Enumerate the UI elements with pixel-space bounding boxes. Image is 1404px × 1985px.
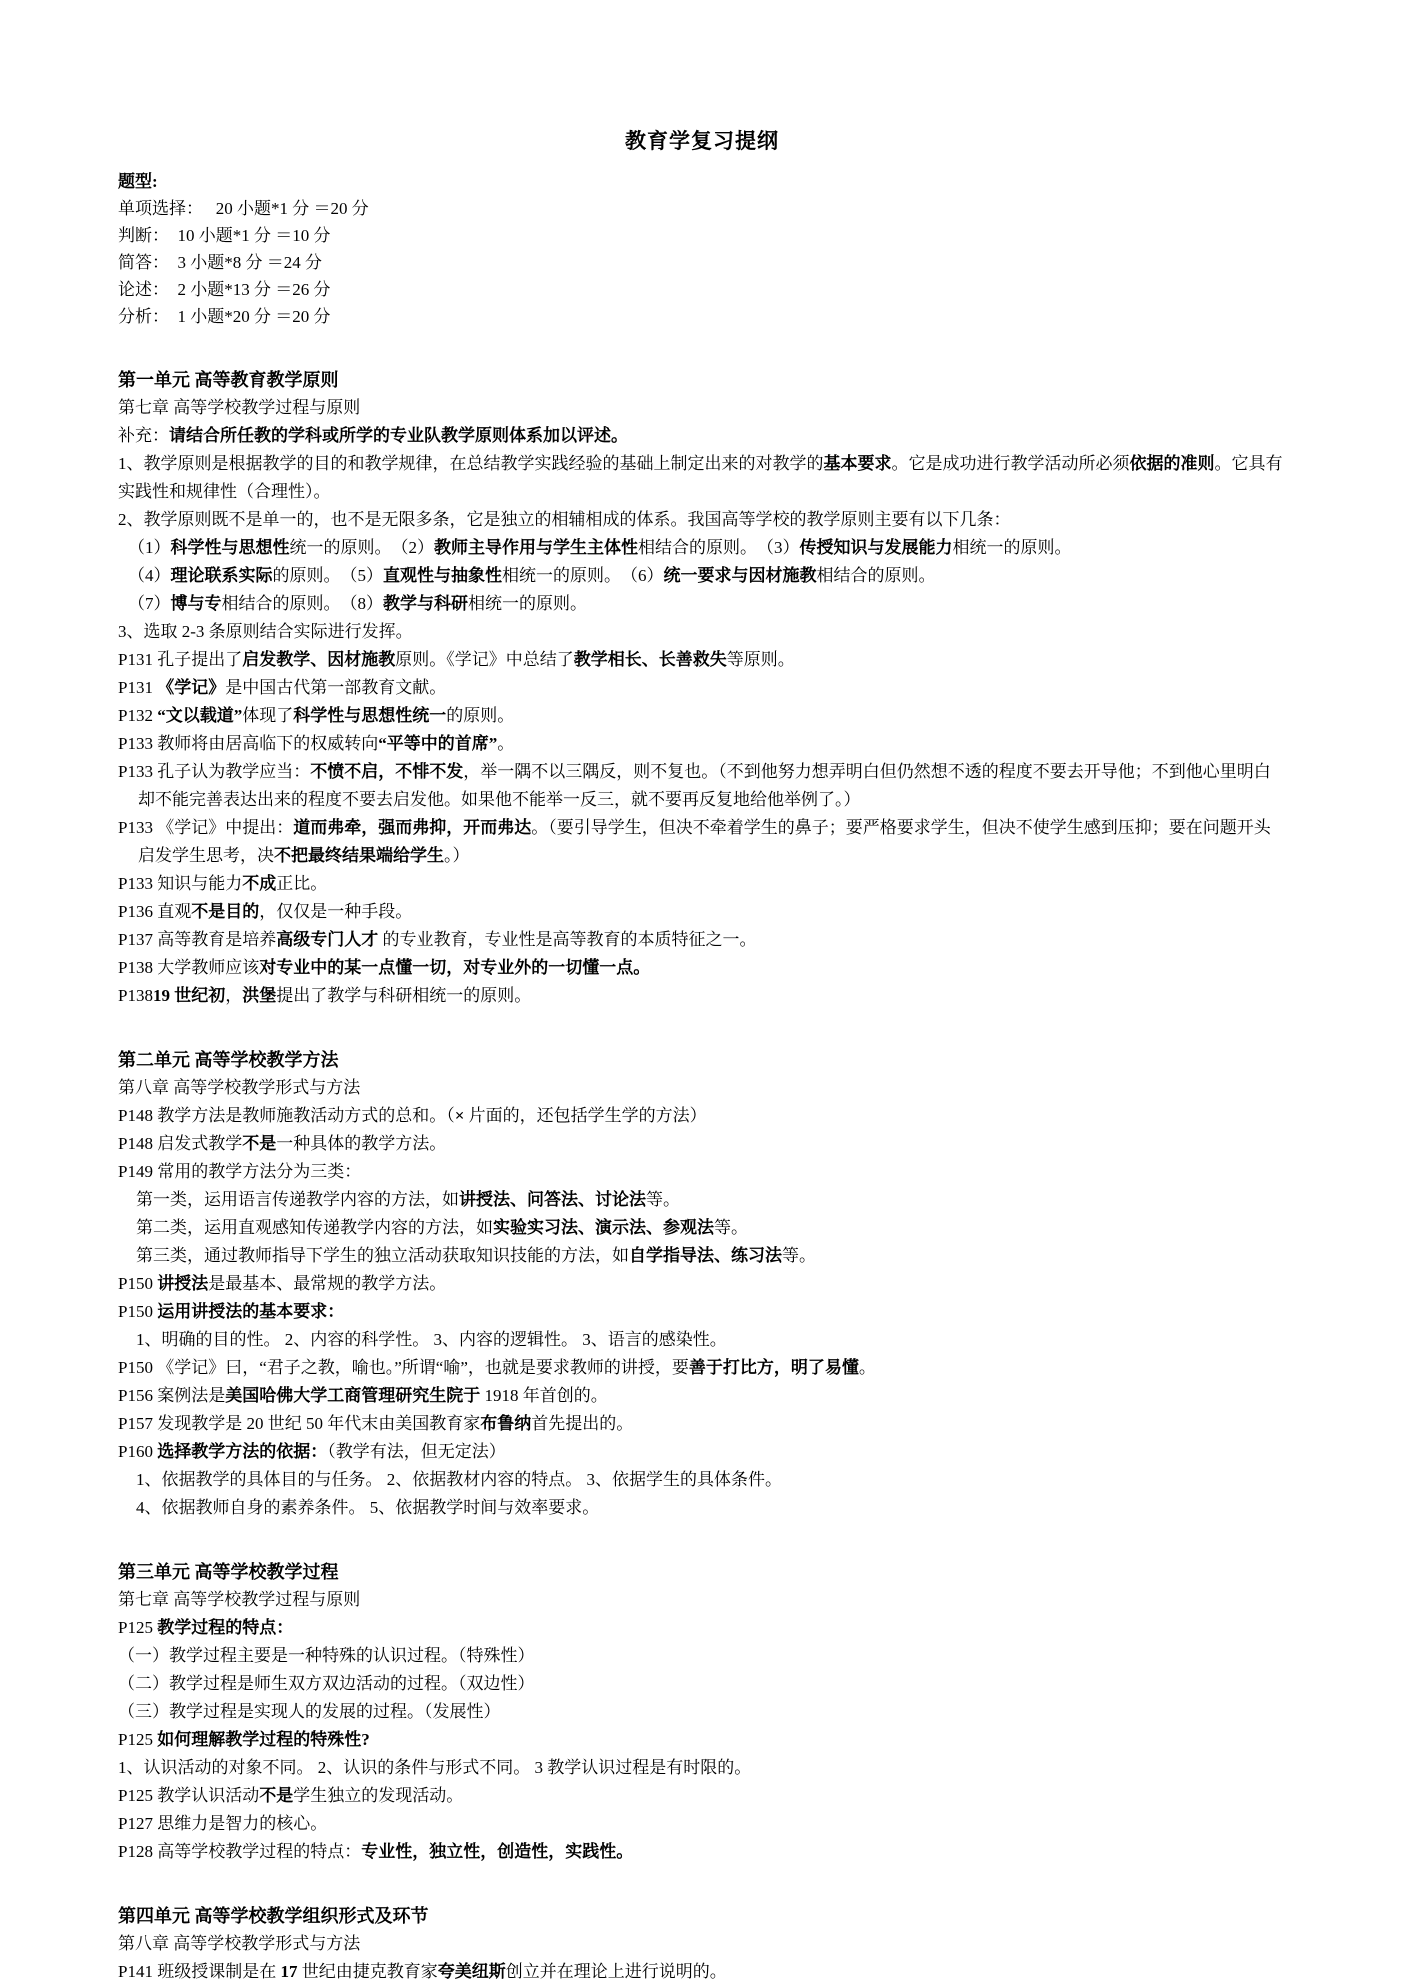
text-run: P127 思维力是智力的核心。 (118, 1814, 327, 1833)
emphasis-text: 洪堡 (242, 986, 276, 1005)
emphasis-text: 依据的准则 (1130, 454, 1215, 473)
exam-overview-items: 单项选择： 20 小题*1 分 ＝20 分判断： 10 小题*1 分 ＝10 分… (118, 195, 1286, 330)
text-run: 1、依据教学的具体目的与任务。 2、依据教材内容的特点。 3、依据学生的具体条件… (136, 1470, 782, 1489)
text-run: 片面的，还包括学生学的方法） (464, 1106, 706, 1125)
text-run: P125 (118, 1730, 157, 1749)
text-run: P136 直观 (118, 902, 191, 921)
text-run: P148 启发式教学 (118, 1134, 242, 1153)
emphasis-text: 如何理解教学过程的特殊性? (157, 1730, 370, 1749)
text-run: 等原则。 (727, 650, 795, 669)
text-run: 1、教学原则是根据教学的目的和教学规律，在总结教学实践经验的基础上制定出来的对教… (118, 454, 824, 473)
outline-line: P160 选择教学方法的依据：（教学有法，但无定法） (118, 1438, 1286, 1466)
text-run: P150 (118, 1302, 157, 1321)
outline-line: 第三类，通过教师指导下学生的独立活动获取知识技能的方法，如自学指导法、练习法等。 (118, 1242, 1286, 1270)
section-heading: 第四单元 高等学校教学组织形式及环节 (118, 1902, 1286, 1930)
text-run: P149 常用的教学方法分为三类： (118, 1162, 361, 1181)
emphasis-text: 教学相长、长善救失 (574, 650, 727, 669)
text-run: （教学有法，但无定法） (327, 1442, 506, 1461)
text-run: （1） (128, 538, 171, 557)
text-run: 首先提出的。 (531, 1414, 633, 1433)
document-content: 教育学复习提纲 题型: 单项选择： 20 小题*1 分 ＝20 分判断： 10 … (118, 128, 1286, 1985)
text-run: P131 孔子提出了 (118, 650, 242, 669)
outline-line: 第二类，运用直观感知传递教学内容的方法，如实验实习法、演示法、参观法等。 (118, 1214, 1286, 1242)
chapter-line: 第七章 高等学校教学过程与原则 (118, 1586, 1286, 1614)
text-run: P150 《学记》曰，“君子之教，喻也。”所谓“喻”，也就是要求教师的讲授，要 (118, 1358, 689, 1377)
outline-line: 1、教学原则是根据教学的目的和教学规律，在总结教学实践经验的基础上制定出来的对教… (118, 450, 1286, 506)
outline-line: 3、选取 2-3 条原则结合实际进行发挥。 (118, 618, 1286, 646)
chapter-line: 第七章 高等学校教学过程与原则 (118, 394, 1286, 422)
emphasis-text: 不是目的 (191, 902, 259, 921)
exam-type-item: 简答： 3 小题*8 分 ＝24 分 (118, 249, 1286, 276)
emphasis-text: 夸美纽斯 (438, 1962, 506, 1981)
document-title: 教育学复习提纲 (118, 128, 1286, 154)
text-run: ，仅仅是一种手段。 (259, 902, 412, 921)
outline-section: 第四单元 高等学校教学组织形式及环节第八章 高等学校教学形式与方法P141 班级… (118, 1902, 1286, 1985)
chapter-line: 第八章 高等学校教学形式与方法 (118, 1074, 1286, 1102)
text-run: 1、明确的目的性。 2、内容的科学性。 3、内容的逻辑性。 3、语言的感染性。 (136, 1330, 727, 1349)
emphasis-text: 不把最终结果端给学生 (274, 846, 444, 865)
text-run: 体现了 (242, 706, 293, 725)
text-run: 。 (859, 1358, 876, 1377)
emphasis-text: 19 世纪初 (153, 986, 225, 1005)
text-run: P133 《学记》中提出： (118, 818, 293, 837)
outline-line: （一）教学过程主要是一种特殊的认识过程。（特殊性） (118, 1642, 1286, 1670)
emphasis-text: 不是 (259, 1786, 293, 1805)
emphasis-text: 自学指导法、练习法 (629, 1246, 782, 1265)
emphasis-text: × (455, 1106, 465, 1125)
text-run: 原则。《学记》中总结了 (395, 650, 574, 669)
text-run: 4、依据教师自身的素养条件。 5、依据教学时间与效率要求。 (136, 1498, 599, 1517)
outline-line: P133 孔子认为教学应当：不愤不启，不悱不发，举一隅不以三隅反，则不复也。（不… (118, 758, 1286, 814)
text-run: 相结合的原则。 （3） (638, 538, 800, 557)
text-run: 相结合的原则。 （8） (222, 594, 384, 613)
text-run: 创立并在理论上进行说明的。 (506, 1962, 727, 1981)
outline-line: （4）理论联系实际的原则。 （5）直观性与抽象性相统一的原则。 （6）统一要求与… (118, 562, 1286, 590)
text-run: 正比。 (276, 874, 327, 893)
text-run: （4） (128, 566, 171, 585)
text-run: 3、选取 2-3 条原则结合实际进行发挥。 (118, 622, 413, 641)
outline-line: P141 班级授课制是在 17 世纪由捷克教育家夸美纽斯创立并在理论上进行说明的… (118, 1958, 1286, 1985)
outline-line: P133 知识与能力不成正比。 (118, 870, 1286, 898)
text-run: P138 (118, 986, 153, 1005)
outline-line: 第一类，运用语言传递教学内容的方法，如讲授法、问答法、讨论法等。 (118, 1186, 1286, 1214)
emphasis-text: 不是 (242, 1134, 276, 1153)
emphasis-text: 直观性与抽象性 (383, 566, 502, 585)
outline-line: 1、明确的目的性。 2、内容的科学性。 3、内容的逻辑性。 3、语言的感染性。 (118, 1326, 1286, 1354)
text-run: P133 教师将由居高临下的权威转向 (118, 734, 378, 753)
text-run: 的原则。 （5） (273, 566, 384, 585)
text-run: 等。 (782, 1246, 816, 1265)
outline-section: 第三单元 高等学校教学过程第七章 高等学校教学过程与原则P125 教学过程的特点… (118, 1558, 1286, 1866)
outline-line: P156 案例法是美国哈佛大学工商管理研究生院于 1918 年首创的。 (118, 1382, 1286, 1410)
text-run: 。） (444, 846, 470, 865)
emphasis-text: 美国哈佛大学工商管理研究生院于 (225, 1386, 480, 1405)
outline-line: 1、依据教学的具体目的与任务。 2、依据教材内容的特点。 3、依据学生的具体条件… (118, 1466, 1286, 1494)
text-run: P156 案例法是 (118, 1386, 225, 1405)
emphasis-text: 科学性与思想性统一 (293, 706, 446, 725)
exam-type-item: 单项选择： 20 小题*1 分 ＝20 分 (118, 195, 1286, 222)
text-run: 相统一的原则。 （6） (502, 566, 664, 585)
text-run: P141 班级授课制是在 (118, 1962, 280, 1981)
exam-type-item: 分析： 1 小题*20 分 ＝20 分 (118, 303, 1286, 330)
emphasis-text: “平等中的首席” (378, 734, 497, 753)
outline-line: P148 启发式教学不是一种具体的教学方法。 (118, 1130, 1286, 1158)
outline-line: （三）教学过程是实现人的发展的过程。（发展性） (118, 1698, 1286, 1726)
outline-line: （7）博与专相结合的原则。 （8）教学与科研相统一的原则。 (118, 590, 1286, 618)
emphasis-text: “文以载道” (157, 706, 242, 725)
emphasis-text: 高级专门人才 (276, 930, 378, 949)
emphasis-text: 统一要求与因材施教 (664, 566, 817, 585)
text-run: 是最基本、最常规的教学方法。 (208, 1274, 446, 1293)
outline-line: P131 孔子提出了启发教学、因材施教原则。《学记》中总结了教学相长、长善救失等… (118, 646, 1286, 674)
outline-section: 第一单元 高等教育教学原则第七章 高等学校教学过程与原则补充：请结合所任教的学科… (118, 366, 1286, 1010)
outline-line: P13819 世纪初，洪堡提出了教学与科研相统一的原则。 (118, 982, 1286, 1010)
outline-sections: 第一单元 高等教育教学原则第七章 高等学校教学过程与原则补充：请结合所任教的学科… (118, 366, 1286, 1985)
text-run: P131 (118, 678, 157, 697)
text-run: 一种具体的教学方法。 (276, 1134, 446, 1153)
emphasis-text: 传授知识与发展能力 (800, 538, 953, 557)
outline-line: P125 如何理解教学过程的特殊性? (118, 1726, 1286, 1754)
outline-line: P125 教学认识活动不是学生独立的发现活动。 (118, 1782, 1286, 1810)
text-run: P132 (118, 706, 157, 725)
outline-line: 补充：请结合所任教的学科或所学的专业队教学原则体系加以评述。 (118, 422, 1286, 450)
text-run: 相统一的原则。 (953, 538, 1072, 557)
outline-line: P138 大学教师应该对专业中的某一点懂一切，对专业外的一切懂一点。 (118, 954, 1286, 982)
text-run: 世纪由捷克教育家 (297, 1962, 437, 1981)
outline-line: 2、教学原则既不是单一的，也不是无限多条，它是独立的相辅相成的体系。我国高等学校… (118, 506, 1286, 534)
emphasis-text: 对专业中的某一点懂一切，对专业外的一切懂一点。 (259, 958, 650, 977)
text-run: 。 (497, 734, 514, 753)
section-heading: 第一单元 高等教育教学原则 (118, 366, 1286, 394)
emphasis-text: 不成 (242, 874, 276, 893)
emphasis-text: 理论联系实际 (171, 566, 273, 585)
outline-line: P133 《学记》中提出：道而弗牵，强而弗抑，开而弗达。（要引导学生，但决不牵着… (118, 814, 1286, 870)
text-run: P150 (118, 1274, 157, 1293)
outline-line: P128 高等学校教学过程的特点：专业性，独立性，创造性，实践性。 (118, 1838, 1286, 1866)
emphasis-text: 17 (280, 1962, 297, 1981)
text-run: 第二类，运用直观感知传递教学内容的方法，如 (136, 1218, 493, 1237)
outline-line: 4、依据教师自身的素养条件。 5、依据教学时间与效率要求。 (118, 1494, 1286, 1522)
text-run: P160 (118, 1442, 157, 1461)
text-run: 等。 (714, 1218, 748, 1237)
document-page: 教育学复习提纲 题型: 单项选择： 20 小题*1 分 ＝20 分判断： 10 … (0, 0, 1404, 1985)
exam-type-item: 论述： 2 小题*13 分 ＝26 分 (118, 276, 1286, 303)
emphasis-text: 布鲁纳 (480, 1414, 531, 1433)
text-run: P128 高等学校教学过程的特点： (118, 1842, 361, 1861)
text-run: 统一的原则。 （2） (290, 538, 435, 557)
emphasis-text: 讲授法 (157, 1274, 208, 1293)
outline-line: （1）科学性与思想性统一的原则。 （2）教师主导作用与学生主体性相结合的原则。 … (118, 534, 1286, 562)
text-run: P138 大学教师应该 (118, 958, 259, 977)
outline-line: P150 讲授法是最基本、最常规的教学方法。 (118, 1270, 1286, 1298)
text-run: P133 孔子认为教学应当： (118, 762, 310, 781)
outline-line: P132 “文以载道”体现了科学性与思想性统一的原则。 (118, 702, 1286, 730)
outline-line: P131 《学记》是中国古代第一部教育文献。 (118, 674, 1286, 702)
exam-overview-label: 题型: (118, 168, 1286, 195)
chapter-line: 第八章 高等学校教学形式与方法 (118, 1930, 1286, 1958)
text-run: 1918 年首创的。 (480, 1386, 608, 1405)
text-run: 1、认识活动的对象不同。 2、认识的条件与形式不同。 3 教学认识过程是有时限的… (118, 1758, 751, 1777)
text-run: P137 高等教育是培养 (118, 930, 276, 949)
text-run: 的专业教育，专业性是高等教育的本质特征之一。 (378, 930, 756, 949)
outline-line: P150 《学记》曰，“君子之教，喻也。”所谓“喻”，也就是要求教师的讲授，要善… (118, 1354, 1286, 1382)
emphasis-text: 不愤不启，不悱不发 (310, 762, 463, 781)
emphasis-text: 博与专 (171, 594, 222, 613)
exam-overview: 题型: 单项选择： 20 小题*1 分 ＝20 分判断： 10 小题*1 分 ＝… (118, 168, 1286, 330)
outline-line: P137 高等教育是培养高级专门人才 的专业教育，专业性是高等教育的本质特征之一… (118, 926, 1286, 954)
emphasis-text: 实验实习法、演示法、参观法 (493, 1218, 714, 1237)
text-run: 2、教学原则既不是单一的，也不是无限多条，它是独立的相辅相成的体系。我国高等学校… (118, 510, 1011, 529)
text-run: 学生独立的发现活动。 (293, 1786, 463, 1805)
outline-line: P150 运用讲授法的基本要求： (118, 1298, 1286, 1326)
text-run: P125 教学认识活动 (118, 1786, 259, 1805)
outline-line: （二）教学过程是师生双方双边活动的过程。（双边性） (118, 1670, 1286, 1698)
outline-line: P157 发现教学是 20 世纪 50 年代末由美国教育家布鲁纳首先提出的。 (118, 1410, 1286, 1438)
text-run: 第三类，通过教师指导下学生的独立活动获取知识技能的方法，如 (136, 1246, 629, 1265)
emphasis-text: 启发教学、因材施教 (242, 650, 395, 669)
emphasis-text: 基本要求 (824, 454, 892, 473)
text-run: （7） (128, 594, 171, 613)
emphasis-text: 讲授法、问答法、讨论法 (459, 1190, 646, 1209)
emphasis-text: 教师主导作用与学生主体性 (434, 538, 638, 557)
text-run: 的原则。 (446, 706, 514, 725)
text-run: （二）教学过程是师生双方双边活动的过程。（双边性） (118, 1674, 535, 1693)
emphasis-text: 道而弗牵，强而弗抑，开而弗达 (293, 818, 531, 837)
outline-line: P133 教师将由居高临下的权威转向“平等中的首席”。 (118, 730, 1286, 758)
text-run: 相统一的原则。 (468, 594, 587, 613)
emphasis-text: 运用讲授法的基本要求： (157, 1302, 344, 1321)
emphasis-text: 选择教学方法的依据： (157, 1442, 327, 1461)
outline-line: P148 教学方法是教师施教活动方式的总和。（× 片面的，还包括学生学的方法） (118, 1102, 1286, 1130)
text-run: 提出了教学与科研相统一的原则。 (276, 986, 531, 1005)
text-run: P157 发现教学是 20 世纪 50 年代末由美国教育家 (118, 1414, 480, 1433)
text-run: 是中国古代第一部教育文献。 (225, 678, 446, 697)
outline-line: P149 常用的教学方法分为三类： (118, 1158, 1286, 1186)
outline-line: 1、认识活动的对象不同。 2、认识的条件与形式不同。 3 教学认识过程是有时限的… (118, 1754, 1286, 1782)
emphasis-text: 请结合所任教的学科或所学的专业队教学原则体系加以评述。 (169, 426, 628, 445)
text-run: 补充： (118, 426, 169, 445)
emphasis-text: 科学性与思想性 (171, 538, 290, 557)
text-run: 相结合的原则。 (817, 566, 936, 585)
text-run: （三）教学过程是实现人的发展的过程。（发展性） (118, 1702, 501, 1721)
text-run: P148 教学方法是教师施教活动方式的总和。（ (118, 1106, 455, 1125)
emphasis-text: 教学过程的特点： (157, 1618, 293, 1637)
outline-section: 第二单元 高等学校教学方法第八章 高等学校教学形式与方法P148 教学方法是教师… (118, 1046, 1286, 1522)
text-run: （一）教学过程主要是一种特殊的认识过程。（特殊性） (118, 1646, 535, 1665)
emphasis-text: 善于打比方，明了易懂 (689, 1358, 859, 1377)
text-run: 等。 (646, 1190, 680, 1209)
text-run: 。它是成功进行教学活动所必须 (892, 454, 1130, 473)
section-heading: 第三单元 高等学校教学过程 (118, 1558, 1286, 1586)
emphasis-text: 专业性，独立性，创造性，实践性。 (361, 1842, 633, 1861)
outline-line: P125 教学过程的特点： (118, 1614, 1286, 1642)
text-run: P125 (118, 1618, 157, 1637)
emphasis-text: 教学与科研 (383, 594, 468, 613)
text-run: P133 知识与能力 (118, 874, 242, 893)
text-run: ， (225, 986, 242, 1005)
emphasis-text: 《学记》 (157, 678, 225, 697)
outline-line: P127 思维力是智力的核心。 (118, 1810, 1286, 1838)
outline-line: P136 直观不是目的，仅仅是一种手段。 (118, 898, 1286, 926)
text-run: 第一类，运用语言传递教学内容的方法，如 (136, 1190, 459, 1209)
exam-type-item: 判断： 10 小题*1 分 ＝10 分 (118, 222, 1286, 249)
section-heading: 第二单元 高等学校教学方法 (118, 1046, 1286, 1074)
